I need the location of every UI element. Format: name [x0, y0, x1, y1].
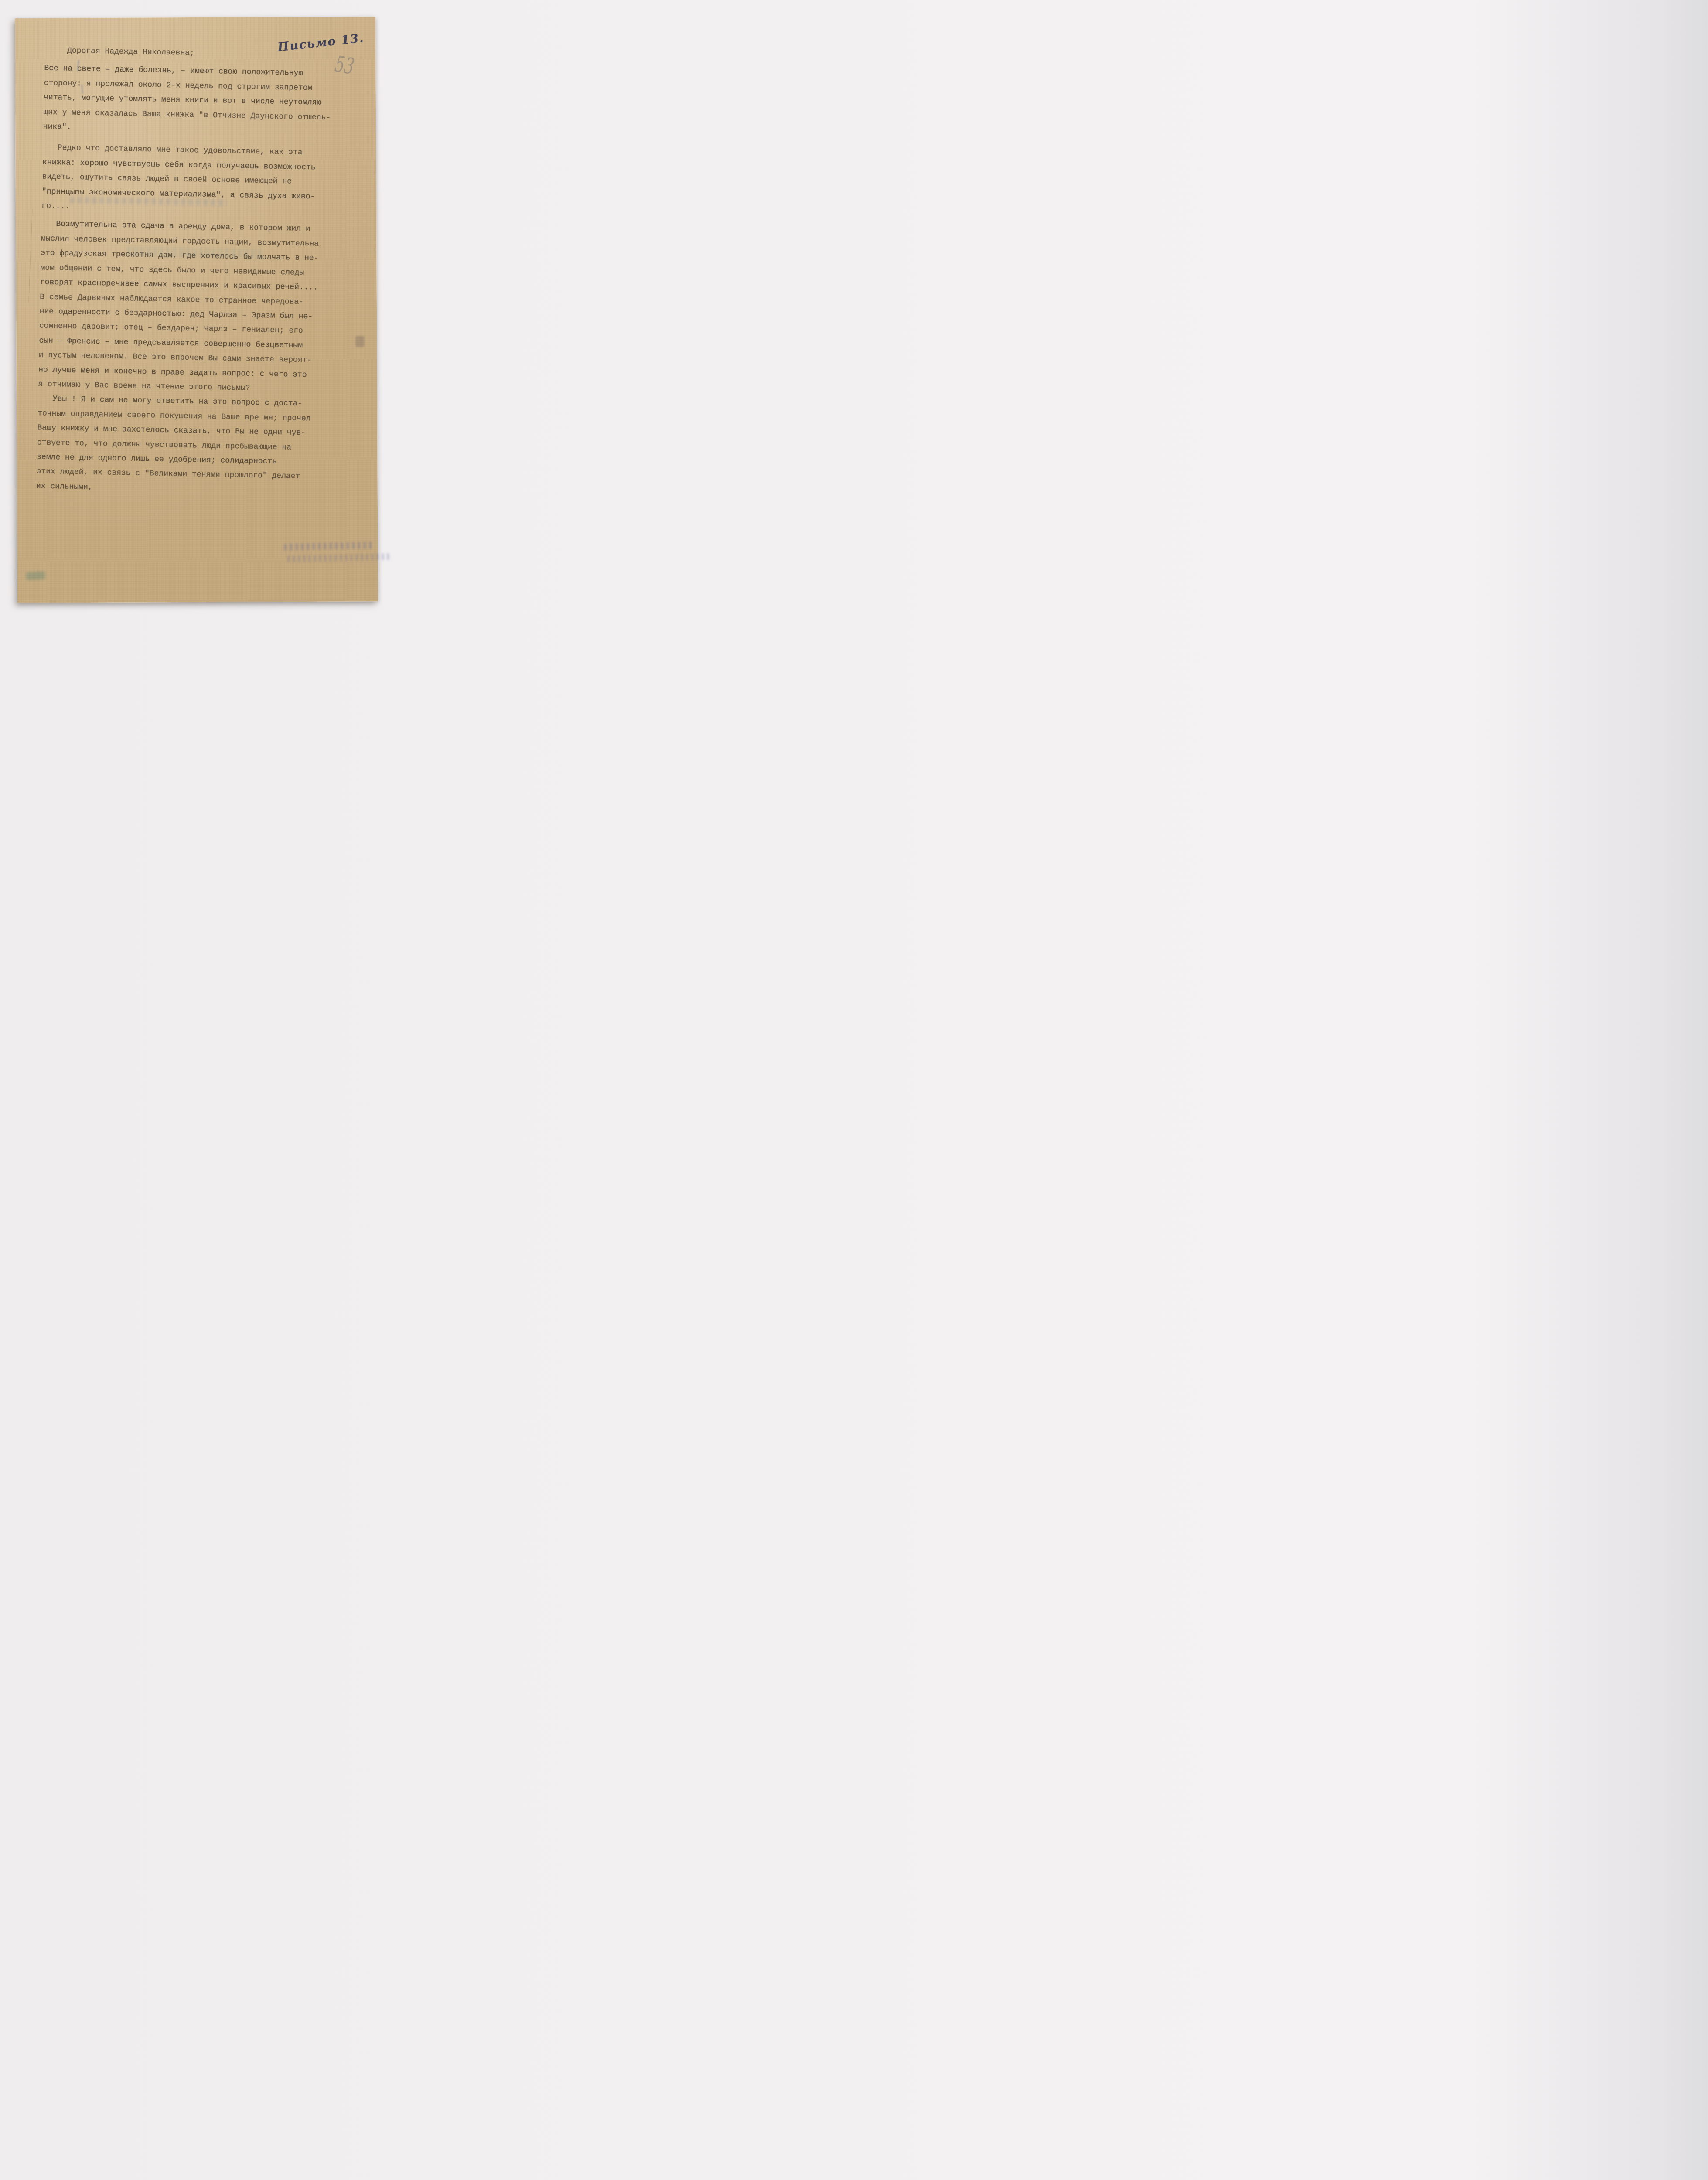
faded-stamp — [26, 571, 45, 580]
letter-page: Письмо 13. 53 Дорогая Надежда Николаевна… — [15, 17, 378, 603]
margin-blot — [355, 336, 364, 347]
letter-body: Дорогая Надежда Николаевна; Все на свете… — [36, 44, 332, 500]
paper-crease — [28, 209, 32, 303]
scan-background: Письмо 13. 53 Дорогая Надежда Николаевна… — [0, 0, 427, 657]
pencil-mark: 53 — [333, 51, 356, 80]
faded-stamp — [284, 542, 373, 550]
faded-stamp — [287, 553, 390, 562]
